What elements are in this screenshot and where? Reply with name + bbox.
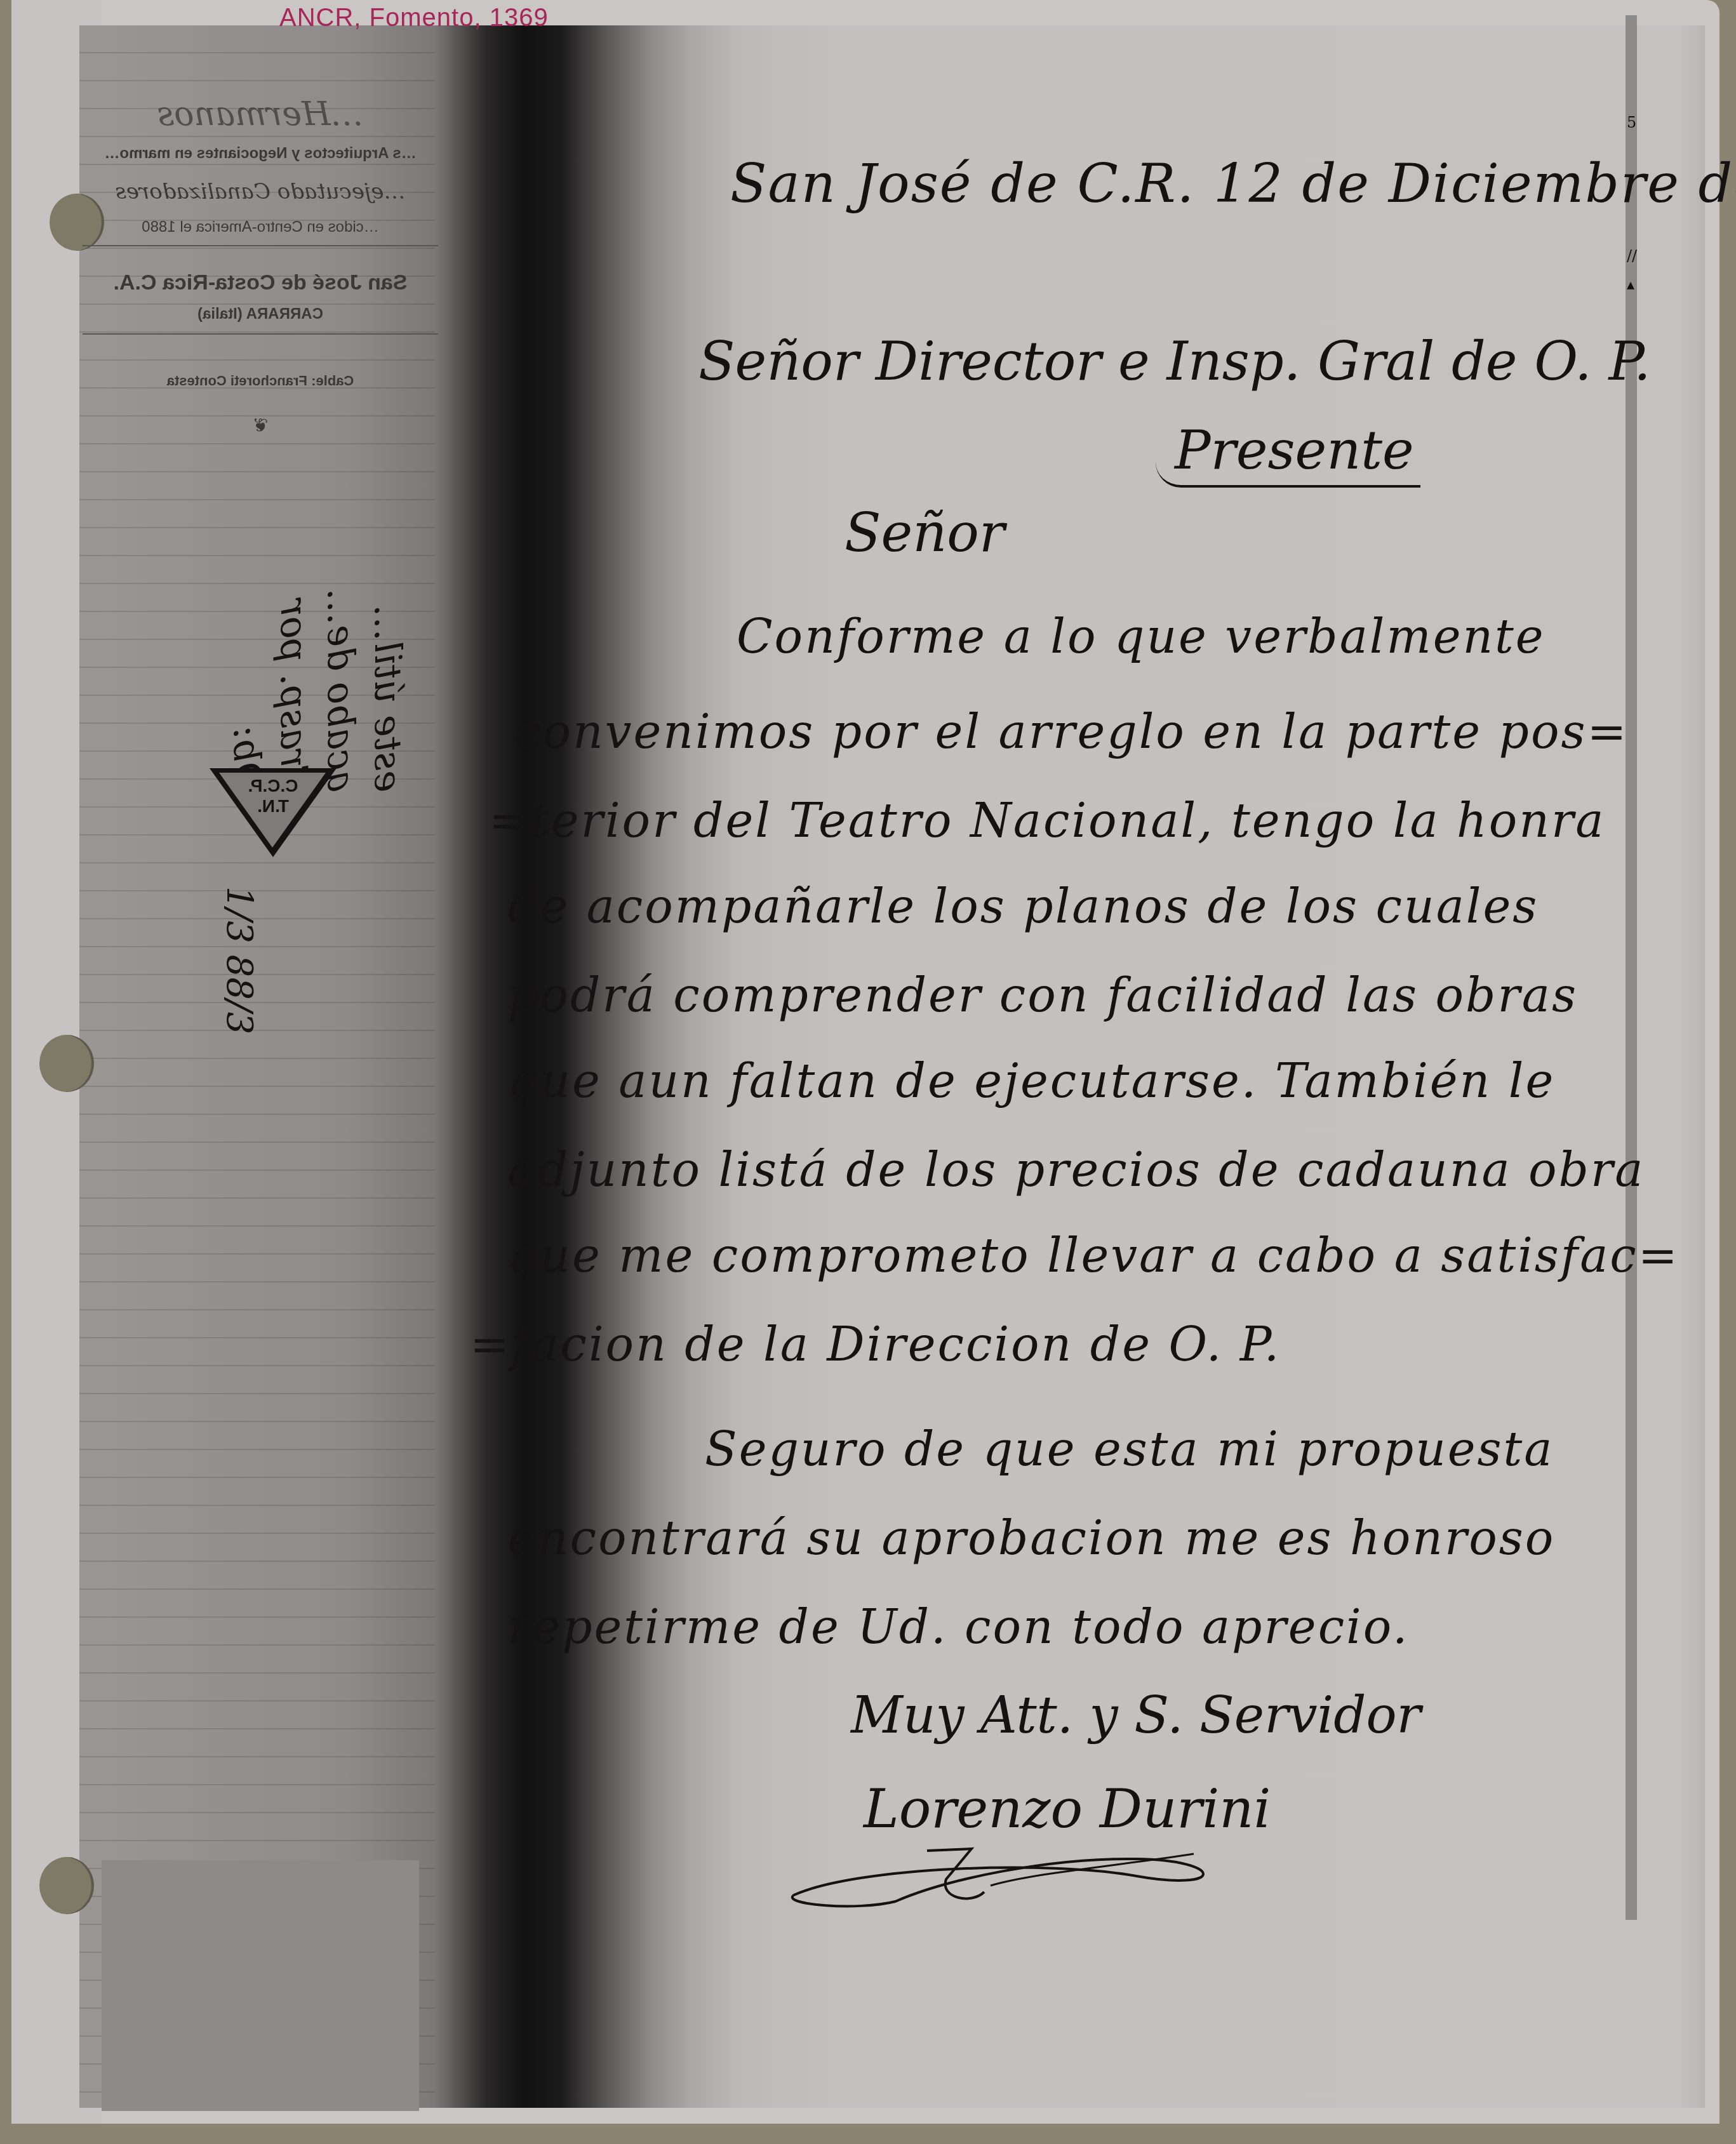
margin-note-line: acabo de… [317, 576, 364, 792]
letter-addressee: Señor Director e Insp. Gral de O. P. [698, 330, 1651, 392]
margin-mark: // [1627, 251, 1636, 261]
letter-body-line: convenimos por el arreglo en la parte po… [514, 705, 1628, 759]
letter-body-line: =terior del Teatro Nacional, tengo la ho… [489, 794, 1605, 848]
letter-body-line: Conforme a lo que verbalmente [737, 609, 1546, 664]
letterhead-city: San José de Costa-Rica C.A. [83, 270, 438, 295]
letter-date: San José de C.R. 12 de Diciembre de 1896 [730, 152, 1736, 215]
margin-note-line: este útil… [364, 576, 411, 792]
letter-presente: Presente [1156, 419, 1420, 488]
mirrored-letterhead: …Hermanos …s Arquitectos y Negociantes e… [83, 95, 438, 437]
letterhead-line: …cidos en Centro-America el 1880 [83, 218, 438, 246]
letterhead-line: …s Arquitectos y Negociantes en marmo… [83, 145, 438, 163]
letter-closing: Muy Att. y S. Servidor [851, 1686, 1421, 1745]
margin-note-line: Trasp. por [270, 576, 317, 792]
triangle-stamp-text: C.C.P. T.N. [238, 776, 308, 816]
letter-body-line: que me comprometo llevar a cabo a satisf… [508, 1228, 1679, 1283]
letter-salutation: Señor [845, 502, 1005, 564]
letter-body-line: adjunto listá de los precios de cadauna … [508, 1143, 1645, 1197]
mirrored-margin-notes: este útil… acabo de… Trasp. por Ob: [224, 576, 411, 792]
archive-reference-stamp: ANCR, Fomento, 1369 [279, 4, 549, 32]
letter-body-line: que aun faltan de ejecutarse. También le [508, 1054, 1555, 1109]
letter-body-line: de acompañarle los planos de los cuales [508, 879, 1539, 934]
letter-body-line: encontrará su aprobacion me es honroso [508, 1511, 1555, 1566]
right-edge-shadow [1626, 15, 1637, 1920]
letterhead-cable: Cable: Franchoreti Contesta [83, 373, 438, 389]
letterhead-name: …Hermanos [83, 95, 438, 133]
letterhead-line: …ejecutado Canalizadores [83, 179, 438, 204]
letter-body-line: repetirme de Ud. con todo aprecio. [508, 1600, 1410, 1655]
letterhead-line: CARRARA (Italia) [83, 305, 438, 335]
margin-mark: 5 [1627, 117, 1636, 128]
letter-body-line: =facion de la Direccion de O. P. [470, 1317, 1281, 1372]
letter-body-line: podrá comprender con facilidad las obras [508, 968, 1578, 1023]
margin-mark: ▴ [1627, 279, 1636, 290]
signature-flourish-icon [781, 1841, 1251, 1911]
margin-fraction: 1/3 88/3 [218, 886, 260, 1035]
margin-note-line: Ob: [224, 576, 270, 792]
letter-body-line: Seguro de que esta mi propuesta [705, 1422, 1554, 1477]
punch-hole-middle [39, 1035, 94, 1092]
ornament-icon: ❦ [83, 415, 438, 437]
lower-paper-fold [102, 1860, 419, 2111]
letter-signature: Lorenzo Durini [864, 1778, 1271, 1840]
punch-hole-bottom [39, 1857, 94, 1914]
